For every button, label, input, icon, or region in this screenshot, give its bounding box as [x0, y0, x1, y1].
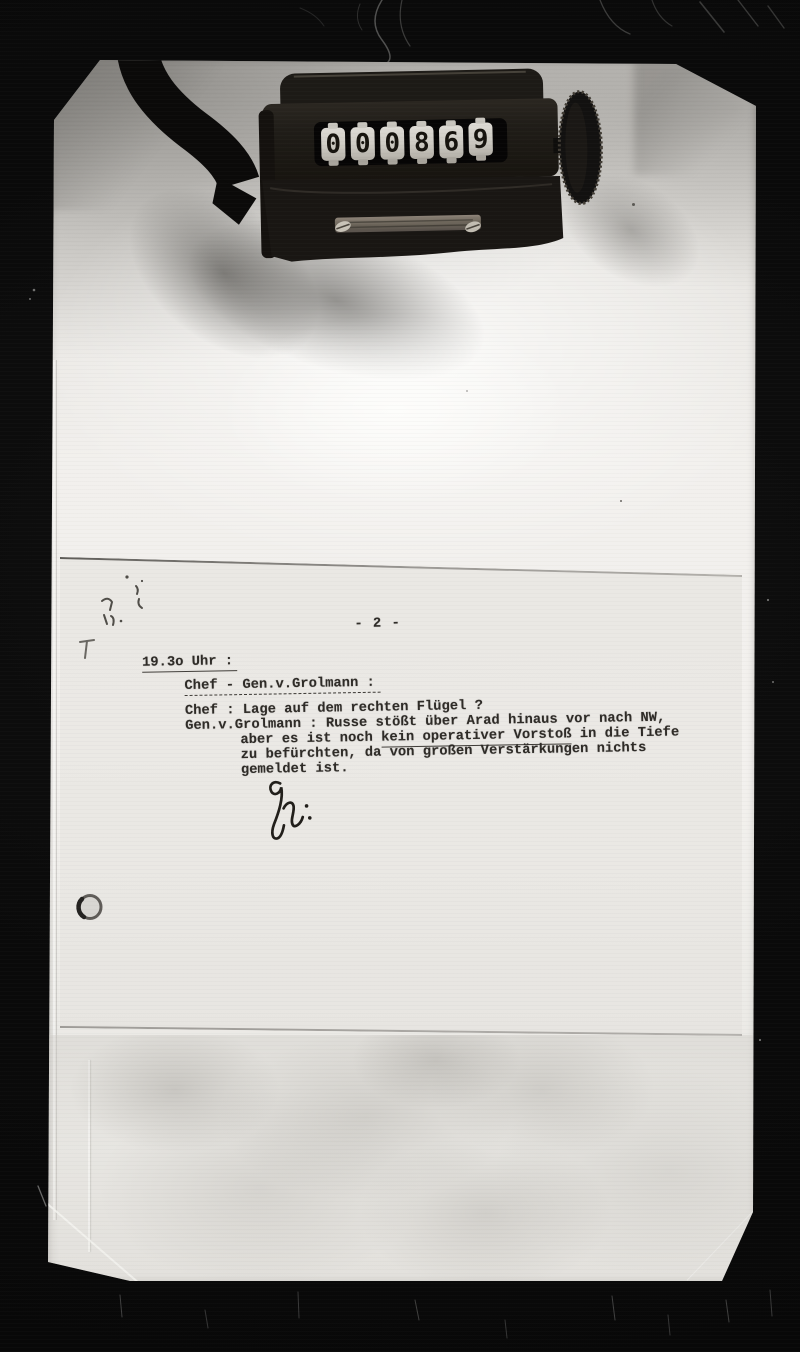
microfilm-frame: 0 0 0 8 6 9 [0, 0, 800, 1352]
digit-wheel: 0 [350, 122, 375, 165]
paper-speck [632, 203, 635, 206]
time-heading: 19.3o Uhr : [142, 654, 237, 673]
dialog-block: Chef : Lage auf dem rechten Flügel ? Gen… [185, 695, 726, 779]
digit-wheel: 0 [380, 121, 405, 164]
counter-digit: 6 [443, 127, 459, 157]
digit-wheel: 6 [439, 120, 464, 163]
counter-strap [137, 45, 257, 227]
counter-digit: 0 [355, 129, 371, 159]
time-heading-text: 19.3o Uhr : [142, 654, 237, 673]
participants-heading: Chef - Gen.v.Grolmann : [184, 676, 381, 696]
paper-speck [466, 390, 468, 392]
digit-wheel: 8 [409, 121, 434, 164]
page-number: - 2 - [354, 616, 401, 632]
counter-digit: 9 [473, 125, 489, 155]
digit-wheel: 9 [468, 117, 493, 160]
paper-texture-mottle [48, 1035, 754, 1282]
signature [247, 778, 330, 849]
overlay-sheet: - 2 - 19.3o Uhr : Chef - Gen.v.Grolmann … [60, 555, 742, 1040]
typed-text-block: - 2 - 19.3o Uhr : Chef - Gen.v.Grolmann … [57, 548, 747, 1045]
participants-heading-text: Chef - Gen.v.Grolmann : [184, 676, 381, 696]
document-page: 0 0 0 8 6 9 [46, 60, 756, 1282]
dialog-line-text: in die Tiefe [571, 725, 679, 742]
counter-digit: 0 [325, 130, 341, 160]
counter-device: 0 0 0 8 6 9 [117, 45, 622, 315]
counter-digit: 8 [414, 128, 430, 158]
counter-digit: 0 [384, 128, 400, 158]
paper-speck [620, 500, 622, 502]
digit-wheel: 0 [321, 123, 346, 166]
